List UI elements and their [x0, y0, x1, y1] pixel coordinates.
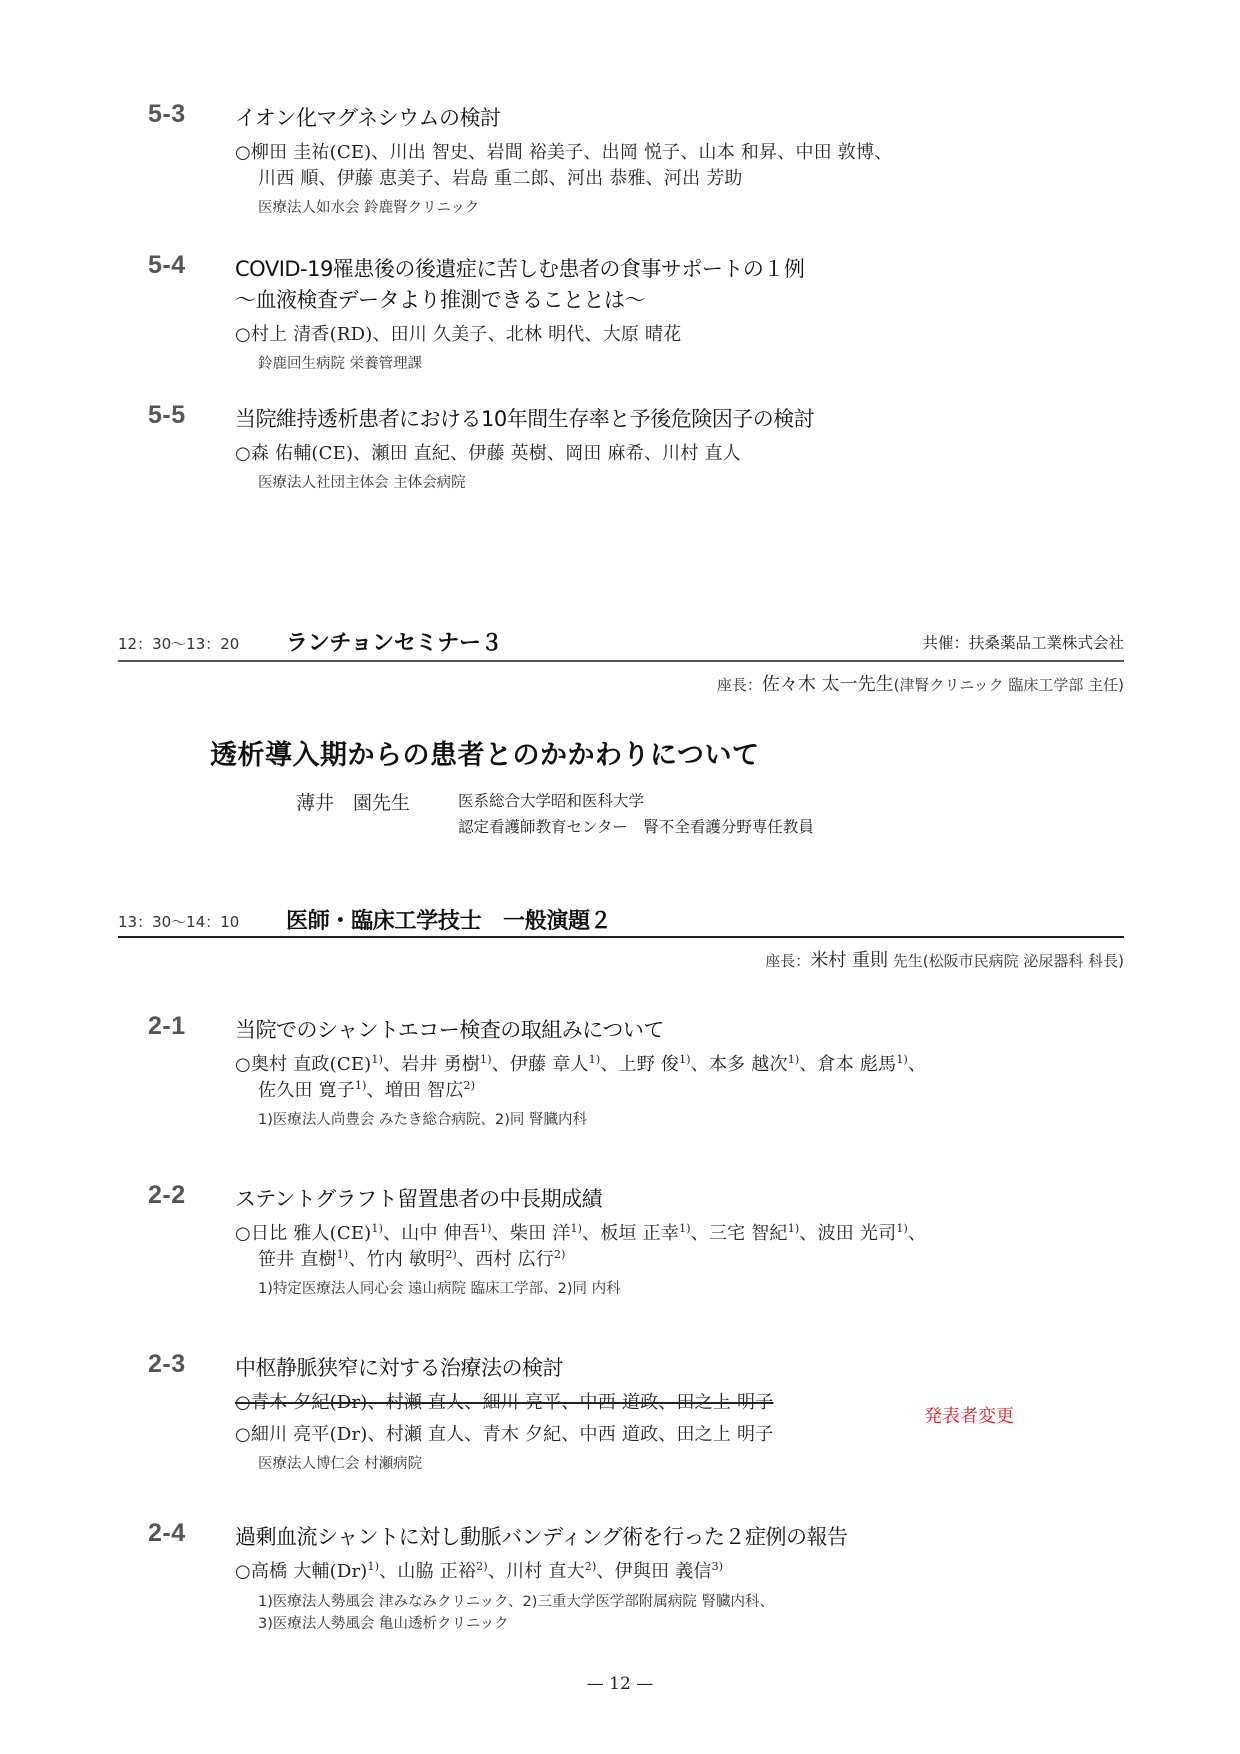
- presenter-change-note: 発表者変更: [924, 1402, 1014, 1428]
- abstract-authors: ○細川 亮平(Dr)、村瀬 直人、青木 夕紀、中西 道政、田之上 明子: [235, 1420, 773, 1446]
- chair-name: 佐々木 太一先生: [762, 674, 894, 695]
- session-divider: [118, 660, 1124, 662]
- abstract-affiliation: 1)医療法人尚豊会 みたき総合病院、2)同 腎臓内科: [258, 1108, 587, 1129]
- author: 、山脇 正裕: [379, 1561, 476, 1582]
- abstract-authors: ○日比 雅人(CE)1)、山中 伸吾1)、柴田 洋1)、板垣 正幸1)、三宅 智…: [235, 1219, 926, 1245]
- luncheon-chair: 座長：佐々木 太一先生(津腎クリニック 臨床工学部 主任): [717, 670, 1124, 696]
- author-affil-ref: 1): [371, 1222, 383, 1235]
- session-title: ランチョンセミナー３: [286, 626, 502, 657]
- author-affil-ref: 1): [896, 1222, 908, 1235]
- abstract-title: ステントグラフト留置患者の中長期成績: [235, 1183, 602, 1213]
- abstract-affiliation-cont: 3)医療法人勢風会 亀山透析クリニック: [258, 1612, 509, 1633]
- author-affil-ref: 2): [554, 1248, 566, 1261]
- author-affil-ref: 1): [480, 1222, 492, 1235]
- author: 、倉本 彪馬: [799, 1054, 896, 1075]
- session-time: 13：30～14：10: [118, 911, 239, 932]
- abstract-subtitle: ～血液検査データより推測できることとは～: [235, 284, 645, 314]
- author: 、西村 広行: [457, 1249, 554, 1270]
- abstract-title: イオン化マグネシウムの検討: [235, 102, 500, 132]
- author-affil-ref: 2): [464, 1079, 476, 1092]
- author: 、三宅 智紀: [691, 1223, 788, 1244]
- session-divider: [118, 936, 1124, 938]
- chair-affiliation: (津腎クリニック 臨床工学部 主任): [894, 676, 1124, 694]
- abstract-authors-cont: 笹井 直樹1)、竹内 敏明2)、西村 広行2): [258, 1245, 566, 1271]
- abstract-authors: ○村上 清香(RD)、田川 久美子、北林 明代、大原 晴花: [235, 320, 681, 346]
- author-affil-ref: 1): [788, 1053, 800, 1066]
- author: 、山中 伸吾: [383, 1223, 480, 1244]
- abstract-title: 過剰血流シャントに対し動脈バンディング術を行った２症例の報告: [235, 1521, 847, 1551]
- author: ○奥村 直政(CE): [235, 1054, 371, 1075]
- speaker-affiliation-line: 認定看護師教育センター 腎不全看護分野専任教員: [458, 814, 814, 840]
- abstract-affiliation: 鈴鹿回生病院 栄養管理課: [258, 352, 422, 373]
- chair-affiliation: 先生(松阪市民病院 泌尿器科 科長): [888, 952, 1124, 970]
- author-affil-ref: 1): [337, 1248, 349, 1261]
- speaker-affiliation-line: 医系総合大学昭和医科大学: [458, 788, 814, 814]
- abstract-number: 5-3: [148, 100, 186, 129]
- author-affil-ref: 1): [679, 1222, 691, 1235]
- abstract-title: COVID-19罹患後の後遺症に苦しむ患者の食事サポートの１例: [235, 253, 804, 283]
- abstract-authors-cont: 佐久田 寛子1)、増田 智広2): [258, 1076, 475, 1102]
- author: 、増田 智広: [367, 1080, 464, 1101]
- abstract-authors-struck: ○青木 夕紀(Dr)、村瀬 直人、細川 亮平、中西 道政、田之上 明子: [235, 1388, 773, 1414]
- author-affil-ref: 1): [896, 1053, 908, 1066]
- author-affil-ref: 1): [679, 1053, 691, 1066]
- author: 佐久田 寛子: [258, 1080, 355, 1101]
- abstract-authors: ○高橋 大輔(Dr)1)、山脇 正裕2)、川村 直大2)、伊與田 義信3): [235, 1557, 723, 1583]
- session-title: 医師・臨床工学技士 一般演題２: [286, 904, 612, 935]
- author-affil-ref: 1): [480, 1053, 492, 1066]
- session-sponsor: 共催：扶桑薬品工業株式会社: [922, 631, 1124, 653]
- abstract-number: 5-5: [148, 401, 186, 430]
- session2-chair: 座長：米村 重則 先生(松阪市民病院 泌尿器科 科長): [765, 946, 1124, 972]
- author-affil-ref: 1): [589, 1053, 601, 1066]
- page-number: — 12 —: [0, 1674, 1240, 1694]
- author: 、本多 越次: [691, 1054, 788, 1075]
- author-affil-ref: 1): [368, 1560, 380, 1573]
- author: 、伊藤 章人: [492, 1054, 589, 1075]
- author-separator: 、: [908, 1223, 926, 1244]
- abstract-number: 2-3: [148, 1350, 186, 1379]
- author-affil-ref: 3): [712, 1560, 724, 1573]
- abstract-title: 中枢静脈狭窄に対する治療法の検討: [235, 1352, 563, 1382]
- abstract-affiliation: 医療法人社団主体会 主体会病院: [258, 471, 466, 492]
- speaker-affiliation: 医系総合大学昭和医科大学 認定看護師教育センター 腎不全看護分野専任教員: [458, 788, 814, 840]
- abstract-number: 2-1: [148, 1012, 186, 1041]
- abstract-affiliation: 1)医療法人勢風会 津みなみクリニック、2)三重大学医学部附属病院 腎臓内科、: [258, 1590, 774, 1611]
- author-affil-ref: 1): [371, 1053, 383, 1066]
- author-separator: 、: [908, 1054, 926, 1075]
- session2-header: 13：30～14：10 医師・臨床工学技士 一般演題２: [118, 898, 1124, 940]
- chair-label: 座長：: [765, 952, 810, 970]
- author-affil-ref: 1): [570, 1222, 582, 1235]
- author: 、岩井 勇樹: [383, 1054, 480, 1075]
- abstract-title: 当院でのシャントエコー検査の取組みについて: [235, 1014, 664, 1044]
- author-affil-ref: 2): [476, 1560, 488, 1573]
- author-affil-ref: 2): [445, 1248, 457, 1261]
- author-affil-ref: 2): [585, 1560, 597, 1573]
- author: 、上野 俊: [600, 1054, 679, 1075]
- speaker-name: 薄井 園先生: [296, 788, 410, 815]
- abstract-affiliation: 医療法人博仁会 村瀬病院: [258, 1452, 422, 1473]
- abstract-authors: ○柳田 圭祐(CE)、川出 智史、岩間 裕美子、出岡 悦子、山本 和昇、中田 敦…: [235, 138, 892, 164]
- abstract-authors: ○奥村 直政(CE)1)、岩井 勇樹1)、伊藤 章人1)、上野 俊1)、本多 越…: [235, 1050, 926, 1076]
- session-time: 12：30～13：20: [118, 633, 239, 654]
- abstract-number: 2-2: [148, 1181, 186, 1210]
- author-affil-ref: 1): [355, 1079, 367, 1092]
- author: 笹井 直樹: [258, 1249, 337, 1270]
- abstract-number: 2-4: [148, 1519, 186, 1548]
- author-affil-ref: 1): [788, 1222, 800, 1235]
- author: 、柴田 洋: [492, 1223, 571, 1244]
- author: 、波田 光司: [799, 1223, 896, 1244]
- abstract-authors-cont: 川西 順、伊藤 恵美子、岩島 重二郎、河出 恭雅、河出 芳助: [258, 164, 743, 190]
- abstract-authors: ○森 佑輔(CE)、瀬田 直紀、伊藤 英樹、岡田 麻希、川村 直人: [235, 439, 741, 465]
- author: ○高橋 大輔(Dr): [235, 1561, 368, 1582]
- abstract-affiliation: 医療法人如水会 鈴鹿腎クリニック: [258, 196, 479, 217]
- abstract-title: 当院維持透析患者における10年間生存率と予後危険因子の検討: [235, 403, 814, 433]
- chair-name: 米村 重則: [810, 950, 888, 971]
- author: ○日比 雅人(CE): [235, 1223, 371, 1244]
- abstract-affiliation: 1)特定医療法人同心会 遠山病院 臨床工学部、2)同 内科: [258, 1277, 621, 1298]
- author: 、伊與田 義信: [596, 1561, 711, 1582]
- author: 、川村 直大: [488, 1561, 585, 1582]
- author: 、板垣 正幸: [582, 1223, 679, 1244]
- author: 、竹内 敏明: [348, 1249, 445, 1270]
- lecture-title: 透析導入期からの患者とのかかわりについて: [210, 733, 759, 772]
- abstract-number: 5-4: [148, 251, 186, 280]
- luncheon-session-header: 12：30～13：20 ランチョンセミナー３ 共催：扶桑薬品工業株式会社: [118, 620, 1124, 662]
- chair-label: 座長：: [717, 676, 762, 694]
